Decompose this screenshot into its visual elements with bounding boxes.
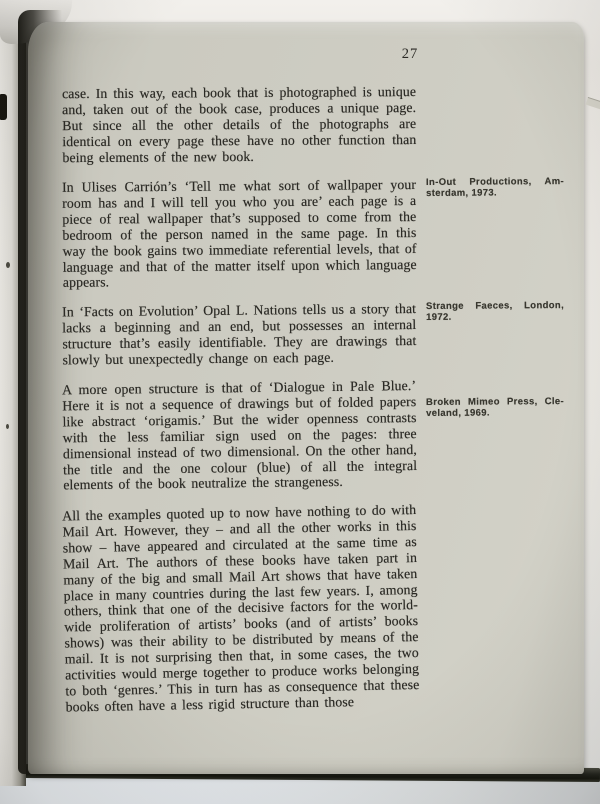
note-line: Strange Faeces, London, xyxy=(426,300,564,312)
note-line: In-Out Productions, Am- xyxy=(426,176,564,188)
body-text: case. In this way, each book that is pho… xyxy=(62,84,416,722)
note-line: 1972. xyxy=(426,311,564,323)
note-line: Broken Mimeo Press, Cle- xyxy=(426,396,564,408)
paper-speck xyxy=(6,424,9,429)
book-page: 27 case. In this way, each book that is … xyxy=(28,22,584,774)
paper-speck xyxy=(6,262,10,268)
page-corner-step xyxy=(586,97,600,115)
margin-note-broken-mimeo-press: Broken Mimeo Press, Cle- veland, 1969. xyxy=(426,396,564,419)
note-line: veland, 1969. xyxy=(426,407,564,419)
paragraph-dialogue-in-pale-blue: A more open structure is that of ‘Dialog… xyxy=(62,378,417,494)
page-number: 27 xyxy=(388,46,432,63)
book-page-photo: 27 case. In this way, each book that is … xyxy=(0,0,600,804)
note-line: sterdam, 1973. xyxy=(426,187,564,199)
paragraph-mail-art: All the examples quoted up to now have n… xyxy=(62,502,420,715)
margin-note-strange-faeces: Strange Faeces, London, 1972. xyxy=(426,300,564,323)
paragraph-wallpaper: In Ulises Carrión’s ‘Tell me what sort o… xyxy=(62,177,417,291)
facing-page-ink-mark xyxy=(0,94,7,120)
paragraph-facts-on-evolution: In ‘Facts on Evolution’ Opal L. Nations … xyxy=(62,301,417,368)
margin-note-in-out-productions: In-Out Productions, Am- sterdam, 1973. xyxy=(426,176,564,199)
paragraph-book-case: case. In this way, each book that is pho… xyxy=(62,84,416,166)
